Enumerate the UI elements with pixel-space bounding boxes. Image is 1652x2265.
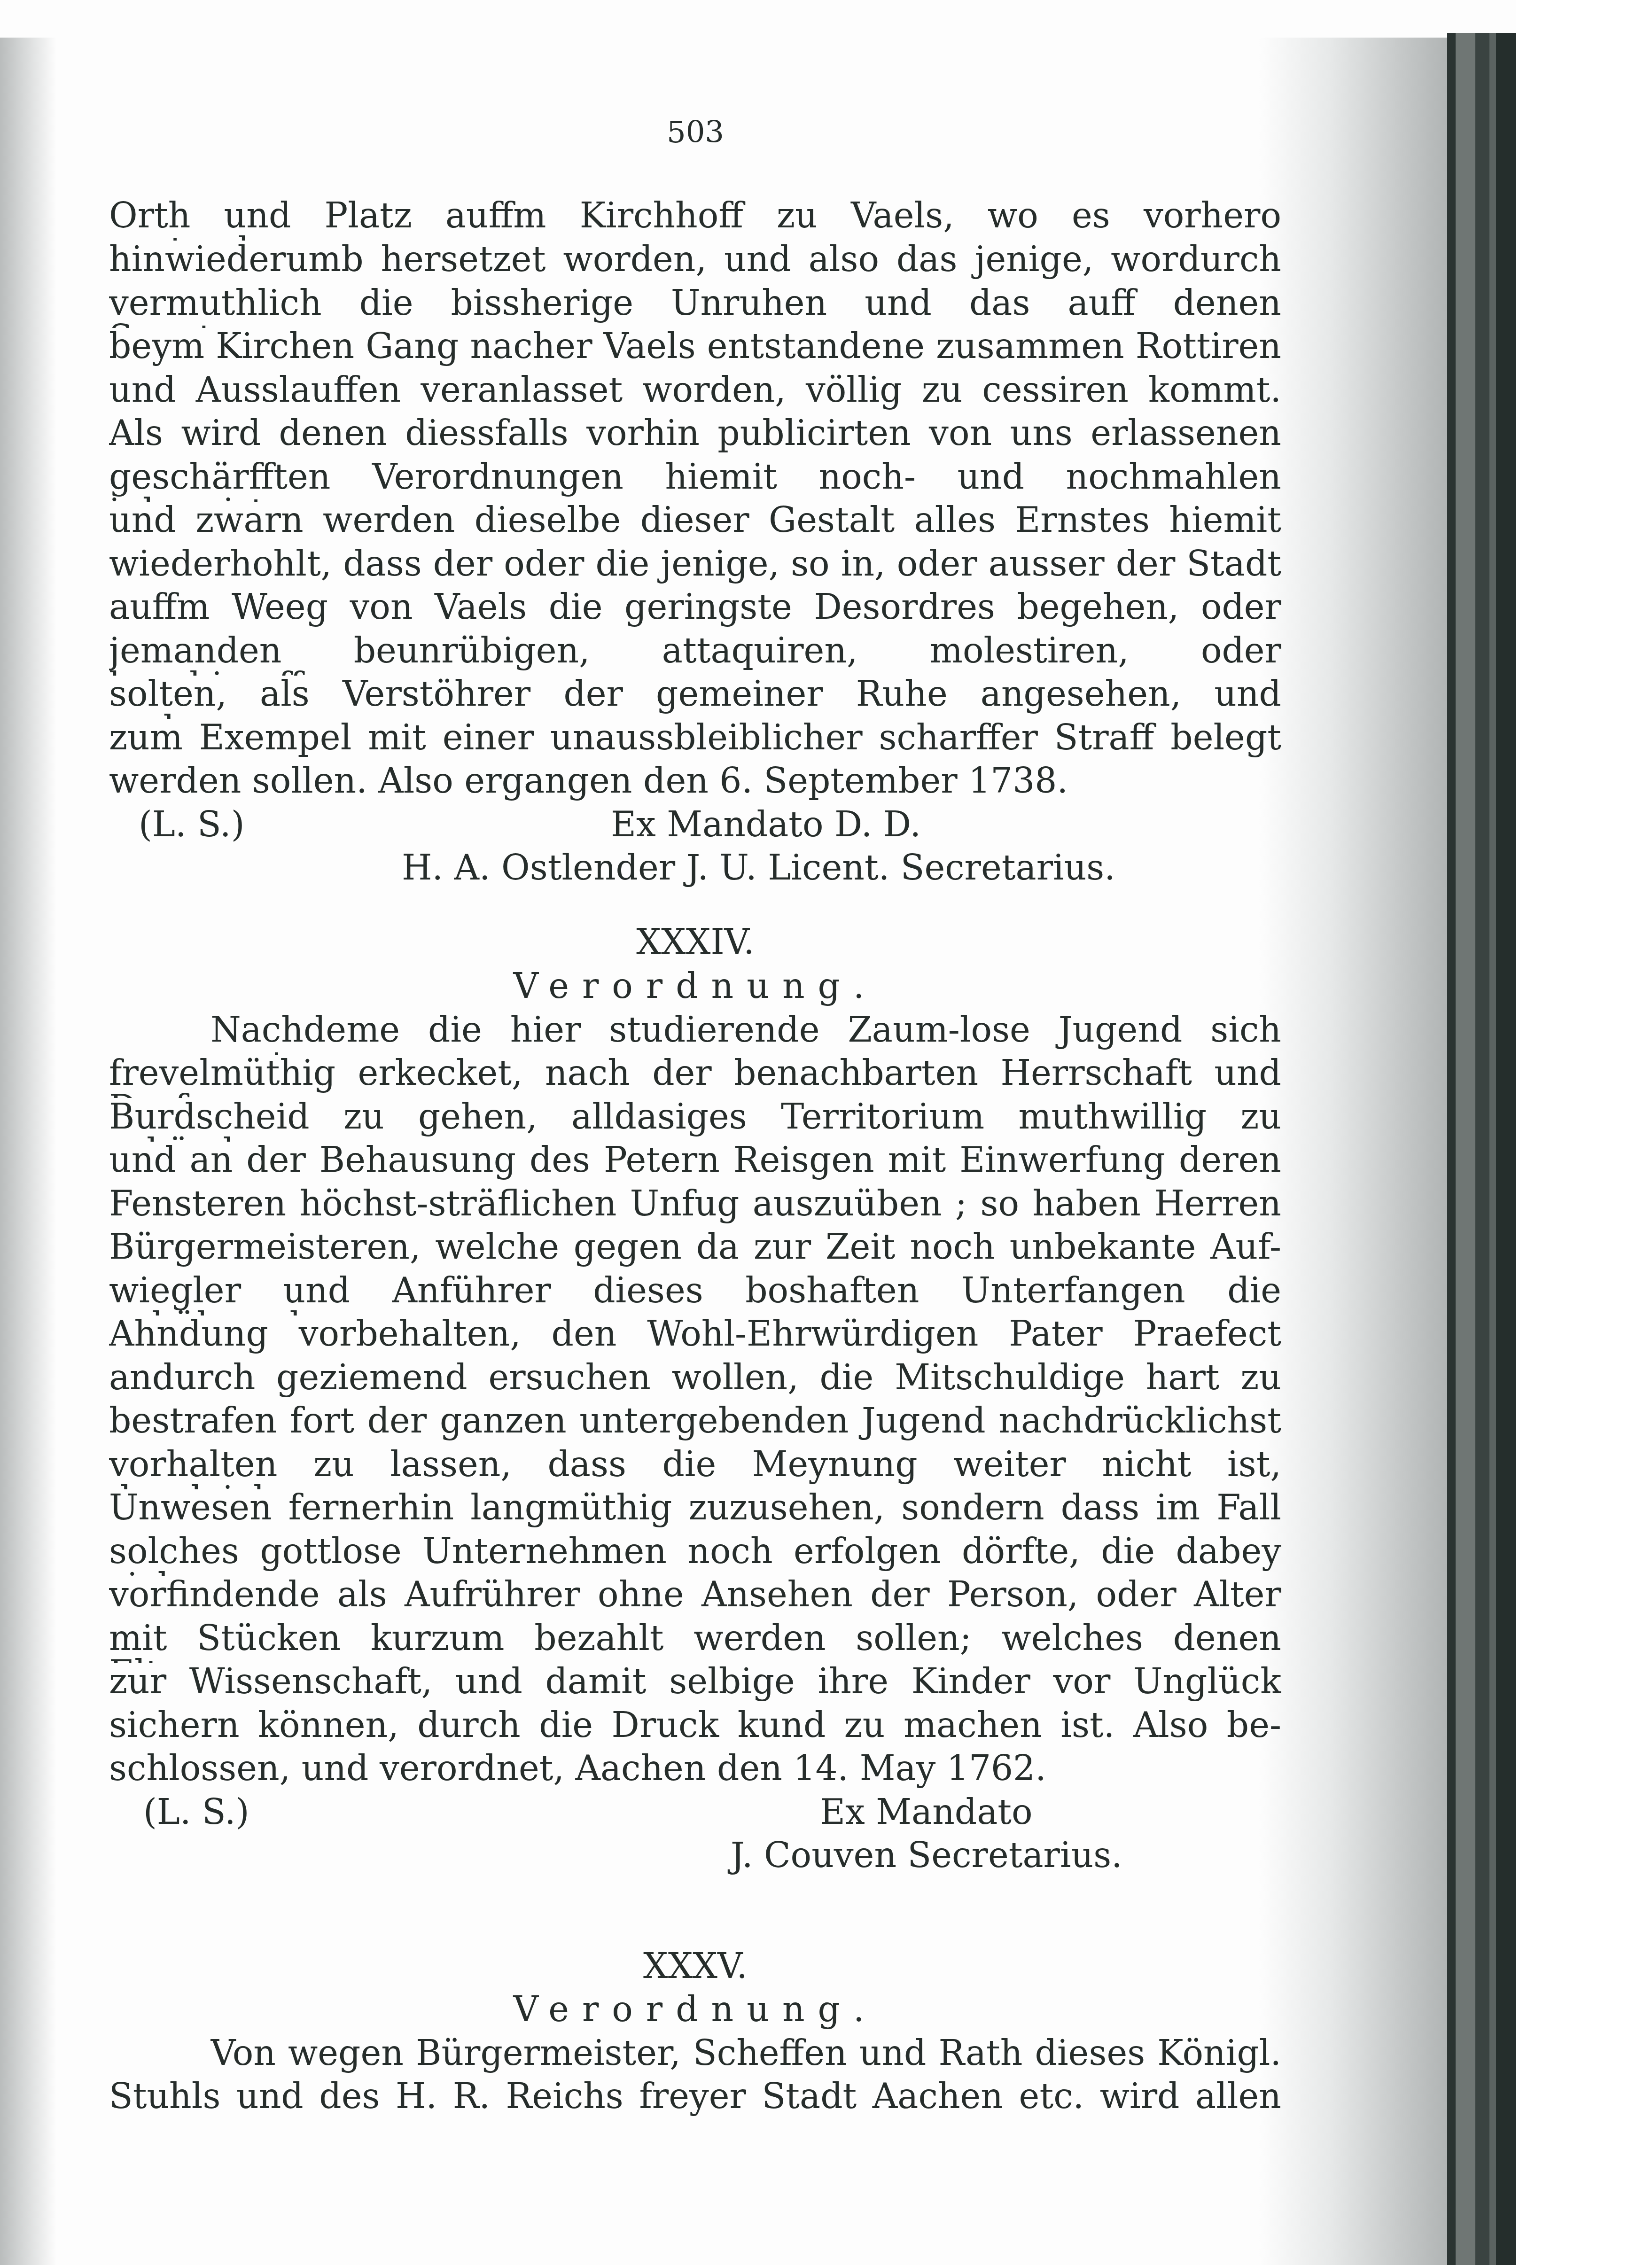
text-line: wiegler und Anführer dieses boshaften Un… xyxy=(109,1273,1281,1315)
section-number: XXXIV. xyxy=(0,925,1391,959)
text-line: Stuhls und des H. R. Reichs freyer Stadt… xyxy=(109,2079,1281,2121)
text-line: und an der Behausung des Petern Reisgen … xyxy=(109,1143,1281,1185)
text-line: hinwiederumb hersetzet worden, und also … xyxy=(109,242,1281,284)
left-scan-shadow xyxy=(0,38,56,2265)
text-line: solches gottlose Unternehmen noch erfolg… xyxy=(109,1534,1281,1576)
text-line: auffm Weeg von Vaels die geringste Desor… xyxy=(109,590,1281,632)
text-line: vorfindende als Aufrührer ohne Ansehen d… xyxy=(109,1577,1281,1619)
seal-mark: (L. S.) xyxy=(139,807,245,842)
text-line: frevelmüthig erkecket, nach der benachba… xyxy=(109,1056,1281,1098)
section-heading: Verordnung. xyxy=(0,969,1391,1004)
binding-edge xyxy=(1489,33,1496,2265)
text-line: bestrafen fort der ganzen untergebenden … xyxy=(109,1403,1281,1446)
signature-line: J. Couven Secretarius. xyxy=(731,1838,1122,1873)
text-line: andurch geziemend ersuchen wollen, die M… xyxy=(109,1360,1281,1402)
text-line: mit Stücken kurzum bezahlt werden sollen… xyxy=(109,1621,1281,1663)
binding-edge xyxy=(1456,33,1475,2265)
text-line: Burdscheid zu gehen, alldasiges Territor… xyxy=(109,1099,1281,1142)
gutter-shadow xyxy=(1259,38,1466,2265)
text-line: zur Wissenschaft, und damit selbige ihre… xyxy=(109,1664,1281,1706)
text-line: sichern können, durch die Druck kund zu … xyxy=(109,1708,1281,1750)
section-heading: Verordnung. xyxy=(0,1992,1391,2027)
text-line: Unwesen fernerhin langmüthig zuzusehen, … xyxy=(109,1490,1281,1533)
section-number: XXXV. xyxy=(0,1949,1391,1984)
text-line: Orth und Platz auffm Kirchhoff zu Vaels,… xyxy=(109,198,1281,241)
text-line: Bürgermeisteren, welche gegen da zur Zei… xyxy=(109,1230,1281,1272)
text-line: Ahndung vorbehalten, den Wohl-Ehrwürdige… xyxy=(109,1316,1281,1359)
binding-edge xyxy=(1447,33,1456,2265)
text-line: jemanden beunrübigen, attaquiren, molest… xyxy=(109,633,1281,676)
binding-edge xyxy=(1475,33,1489,2265)
text-line: vermuthlich die bissherige Unruhen und d… xyxy=(109,286,1281,328)
text-line-date: schlossen, und verordnet, Aachen den 14.… xyxy=(109,1751,1046,1786)
signature-line: H. A. Ostlender J. U. Licent. Secretariu… xyxy=(402,850,1115,885)
text-line: Von wegen Bürgermeister, Scheffen und Ra… xyxy=(210,2036,1281,2078)
text-line: solten, als Verstöhrer der gemeiner Ruhe… xyxy=(109,677,1281,719)
scanned-page: 503 Orth und Platz auffm Kirchhoff zu Va… xyxy=(0,0,1652,2265)
text-line: Fensteren höchst-sträflichen Unfug auszu… xyxy=(109,1186,1281,1229)
scan-margin xyxy=(1516,0,1652,2265)
text-line: wiederhohlt, dass der oder die jenige, s… xyxy=(109,546,1281,589)
text-line: und Ausslauffen veranlasset worden, völl… xyxy=(109,373,1281,415)
text-line: geschärfften Verordnungen hiemit noch- u… xyxy=(109,459,1281,502)
text-line-date: werden sollen. Also ergangen den 6. Sept… xyxy=(109,763,1068,798)
text-line: Nachdeme die hier studierende Zaum-lose … xyxy=(210,1012,1281,1055)
mandate-line: Ex Mandato D. D. xyxy=(611,807,921,842)
page-number: 503 xyxy=(0,117,1391,148)
text-line: beym Kirchen Gang nacher Vaels entstande… xyxy=(109,329,1281,371)
text-line: zum Exempel mit einer unaussbleiblicher … xyxy=(109,720,1281,763)
mandate-line: Ex Mandato xyxy=(820,1795,1033,1829)
text-line: Als wird denen diessfalls vorhin publici… xyxy=(109,416,1281,458)
text-line: vorhalten zu lassen, dass die Meynung we… xyxy=(109,1447,1281,1489)
binding-edge xyxy=(1496,33,1516,2265)
text-line: und zwarn werden dieselbe dieser Gestalt… xyxy=(109,503,1281,545)
seal-mark: (L. S.) xyxy=(143,1795,249,1829)
